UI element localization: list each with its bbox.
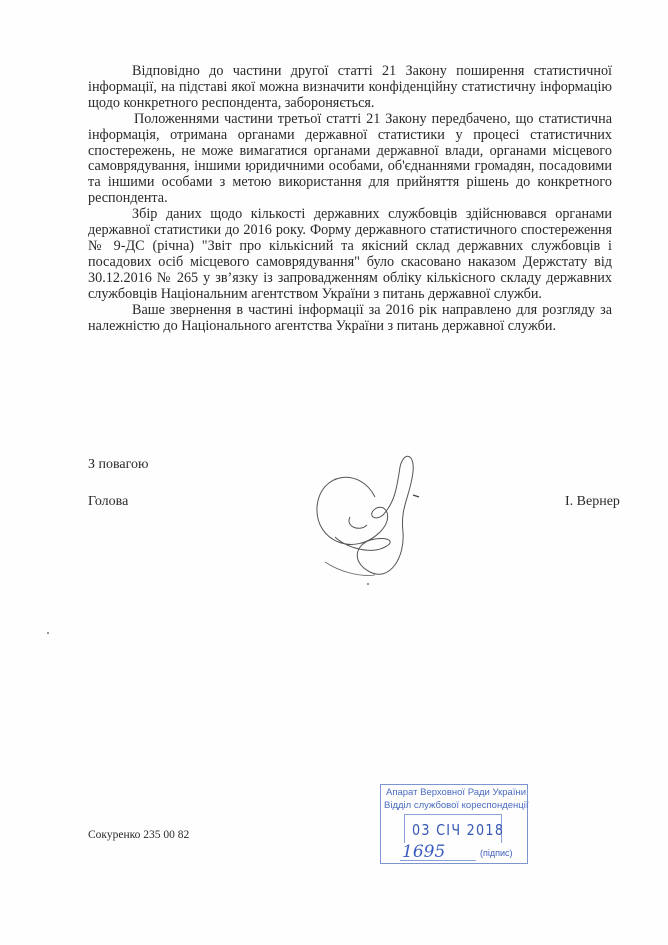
signatory-name: І. Вернер (565, 494, 620, 510)
paragraph-article-21: Положеннями частини третьої статті 21 За… (88, 112, 612, 207)
scan-speck (47, 632, 49, 634)
stamp-registration-number: 1695 (402, 842, 445, 862)
signatory-position: Голова (88, 494, 128, 510)
scan-speck (367, 583, 369, 585)
stamp-date: 03 СІЧ 2018 (412, 821, 504, 839)
closing-salutation: З повагою (88, 457, 149, 473)
paragraph-confidentiality: Відповідно до частини другої статті 21 З… (88, 64, 612, 112)
paragraph-referral: Ваше звернення в частині інформації за 2… (88, 303, 612, 335)
letter-body: Відповідно до частини другої статті 21 З… (88, 64, 612, 334)
contact-info: Сокуренко 235 00 82 (88, 829, 189, 841)
document-page: Відповідно до частини другої статті 21 З… (0, 0, 668, 945)
stamp-department: Відділ службової кореспонденції (384, 800, 528, 811)
handwritten-signature (305, 447, 435, 582)
stamp-organization: Апарат Верховної Ради України (386, 787, 526, 798)
stamp-signature-label: (підпис) (480, 848, 513, 858)
registration-stamp: Апарат Верховної Ради України Відділ слу… (380, 784, 528, 864)
stamp-signature-line (400, 860, 476, 861)
scan-speck (249, 170, 251, 172)
paragraph-data-collection: Збір даних щодо кількості державних служ… (88, 207, 612, 302)
